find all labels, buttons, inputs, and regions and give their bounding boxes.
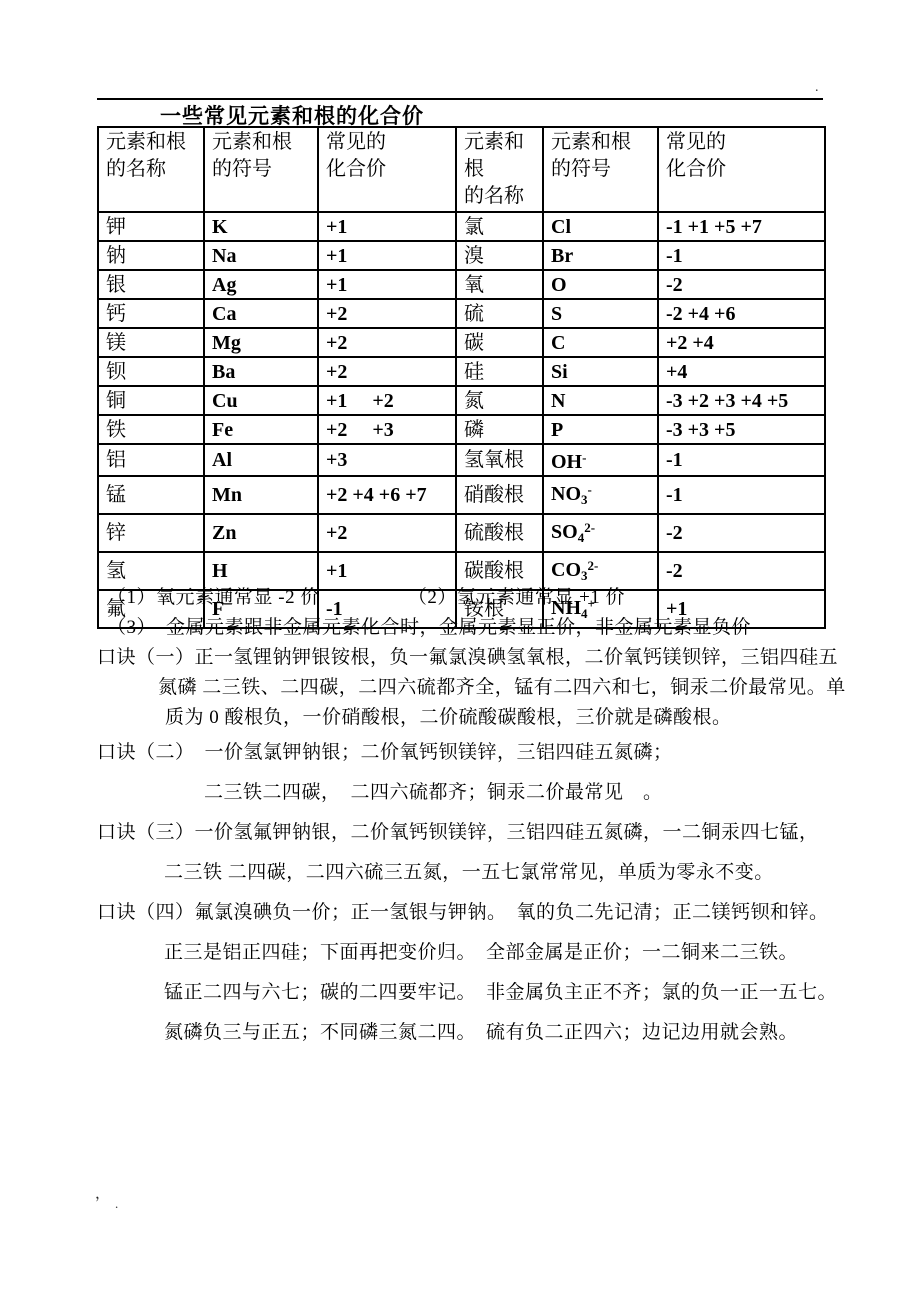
- element-name-cell: 氧: [456, 270, 543, 299]
- element-symbol-cell: K: [204, 212, 318, 241]
- valence-cell: -1: [658, 476, 825, 514]
- note-line: 氮磷负三与正五；不同磷三氮二四。 硫有负二正四六；边记边用就会熟。: [164, 1013, 887, 1053]
- valence-cell: +4: [658, 357, 825, 386]
- col-header-name-right: 元素和根 的名称: [456, 127, 543, 212]
- element-name-cell: 氮: [456, 386, 543, 415]
- element-symbol-cell: Ag: [204, 270, 318, 299]
- element-name-cell: 磷: [456, 415, 543, 444]
- element-name-cell: 铁: [98, 415, 204, 444]
- note-line: 正三是铝正四硅；下面再把变价归。 全部金属是正价；一二铜来二三铁。: [164, 933, 887, 973]
- element-name-cell: 钠: [98, 241, 204, 270]
- table-row: 铜Cu+1 +2氮N-3 +2 +3 +4 +5: [98, 386, 825, 415]
- valence-cell: +2: [318, 357, 456, 386]
- element-name-cell: 碳: [456, 328, 543, 357]
- table-row: 钾K+1氯Cl-1 +1 +5 +7: [98, 212, 825, 241]
- valence-cell: +2: [318, 328, 456, 357]
- table-row: 银Ag+1氧O-2: [98, 270, 825, 299]
- note-line: 质为 0 酸根负，一价硝酸根，二价硫酸碳酸根，三价就是磷酸根。: [165, 703, 887, 733]
- valence-cell: +1: [318, 241, 456, 270]
- element-name-cell: 溴: [456, 241, 543, 270]
- footer-marks: ， .: [95, 1182, 135, 1222]
- element-name-cell: 镁: [98, 328, 204, 357]
- document-page: { "page": { "title": "一些常见元素和根的化合价", "to…: [0, 0, 920, 1300]
- table-row: 钡Ba+2硅Si+4: [98, 357, 825, 386]
- element-symbol-cell: Si: [543, 357, 658, 386]
- valence-cell: +1: [318, 270, 456, 299]
- table-row: 镁Mg+2碳C+2 +4: [98, 328, 825, 357]
- note-line: （1）氧元素通常显 -2 价 （2）氢元素通常显 +1 价: [107, 583, 887, 613]
- note-line: 口诀（三）一价氢氟钾钠银，二价氧钙钡镁锌，三铝四硅五氮磷，一二铜汞四七锰，: [97, 813, 887, 853]
- element-symbol-cell: S: [543, 299, 658, 328]
- element-symbol-cell: Ba: [204, 357, 318, 386]
- note-line: 口诀（四）氟氯溴碘负一价；正一氢银与钾钠。 氧的负二先记清；正二镁钙钡和锌。: [97, 893, 887, 933]
- note-line: 氮磷 二三铁、二四碳，二四六硫都齐全，锰有二四六和七，铜汞二价最常见。单: [158, 673, 887, 703]
- valence-cell: +1 +2: [318, 386, 456, 415]
- element-symbol-cell: Ca: [204, 299, 318, 328]
- element-symbol-cell: Cl: [543, 212, 658, 241]
- corner-dot-mark: .: [815, 80, 819, 96]
- valence-cell: -3 +3 +5: [658, 415, 825, 444]
- notes-block: （1）氧元素通常显 -2 价 （2）氢元素通常显 +1 价（3） 金属元素跟非金…: [97, 583, 887, 1053]
- element-name-cell: 铝: [98, 444, 204, 476]
- note-line: 二三铁二四碳， 二四六硫都齐；铜汞二价最常见 。: [204, 773, 887, 813]
- table-row: 铁Fe+2 +3磷P-3 +3 +5: [98, 415, 825, 444]
- valence-cell: +3: [318, 444, 456, 476]
- element-name-cell: 钡: [98, 357, 204, 386]
- element-name-cell: 硝酸根: [456, 476, 543, 514]
- element-name-cell: 氯: [456, 212, 543, 241]
- element-symbol-cell: NO3-: [543, 476, 658, 514]
- element-name-cell: 铜: [98, 386, 204, 415]
- element-name-cell: 硫酸根: [456, 514, 543, 552]
- element-name-cell: 硅: [456, 357, 543, 386]
- element-symbol-cell: Mn: [204, 476, 318, 514]
- col-header-name-left: 元素和根 的名称: [98, 127, 204, 212]
- element-symbol-cell: Br: [543, 241, 658, 270]
- element-name-cell: 氢氧根: [456, 444, 543, 476]
- valence-table: 元素和根 的名称 元素和根 的符号 常见的 化合价 元素和根 的名称 元素和根 …: [97, 126, 826, 629]
- element-symbol-cell: Al: [204, 444, 318, 476]
- element-name-cell: 银: [98, 270, 204, 299]
- valence-cell: +1: [318, 212, 456, 241]
- col-header-valence-left: 常见的 化合价: [318, 127, 456, 212]
- element-symbol-cell: Na: [204, 241, 318, 270]
- table-row: 钙Ca+2硫S-2 +4 +6: [98, 299, 825, 328]
- table-row: 锌Zn+2硫酸根SO42--2: [98, 514, 825, 552]
- element-name-cell: 锌: [98, 514, 204, 552]
- element-name-cell: 硫: [456, 299, 543, 328]
- valence-cell: +2 +4: [658, 328, 825, 357]
- table-row: 铝Al+3氢氧根OH--1: [98, 444, 825, 476]
- element-symbol-cell: C: [543, 328, 658, 357]
- note-line: 口诀（二） 一价氢氯钾钠银；二价氧钙钡镁锌，三铝四硅五氮磷；: [97, 733, 887, 773]
- element-symbol-cell: SO42-: [543, 514, 658, 552]
- table-header-row: 元素和根 的名称 元素和根 的符号 常见的 化合价 元素和根 的名称 元素和根 …: [98, 127, 825, 212]
- footer-dot-mark: .: [115, 1196, 118, 1212]
- element-symbol-cell: Cu: [204, 386, 318, 415]
- element-name-cell: 钙: [98, 299, 204, 328]
- valence-cell: -2 +4 +6: [658, 299, 825, 328]
- element-symbol-cell: O: [543, 270, 658, 299]
- element-name-cell: 锰: [98, 476, 204, 514]
- element-symbol-cell: Mg: [204, 328, 318, 357]
- valence-cell: -2: [658, 514, 825, 552]
- col-header-symbol-left: 元素和根 的符号: [204, 127, 318, 212]
- valence-cell: -2: [658, 270, 825, 299]
- footer-comma-mark: ，: [95, 1182, 110, 1203]
- valence-cell: +2 +3: [318, 415, 456, 444]
- element-symbol-cell: Fe: [204, 415, 318, 444]
- valence-cell: -3 +2 +3 +4 +5: [658, 386, 825, 415]
- table-row: 钠Na+1溴Br-1: [98, 241, 825, 270]
- element-symbol-cell: N: [543, 386, 658, 415]
- col-header-symbol-right: 元素和根 的符号: [543, 127, 658, 212]
- element-symbol-cell: OH-: [543, 444, 658, 476]
- note-line: 口诀（一）正一氢锂钠钾银铵根，负一氟氯溴碘氢氧根，二价氧钙镁钡锌，三铝四硅五: [97, 643, 887, 673]
- valence-cell: +2 +4 +6 +7: [318, 476, 456, 514]
- valence-cell: +2: [318, 514, 456, 552]
- valence-cell: -1: [658, 444, 825, 476]
- element-symbol-cell: P: [543, 415, 658, 444]
- note-line: （3） 金属元素跟非金属元素化合时，金属元素显正价，非金属元素显负价: [107, 613, 887, 643]
- valence-cell: +2: [318, 299, 456, 328]
- valence-cell: -1 +1 +5 +7: [658, 212, 825, 241]
- element-symbol-cell: Zn: [204, 514, 318, 552]
- col-header-valence-right: 常见的 化合价: [658, 127, 825, 212]
- element-name-cell: 钾: [98, 212, 204, 241]
- valence-cell: -1: [658, 241, 825, 270]
- note-line: 二三铁 二四碳，二四六硫三五氮，一五七氯常常见，单质为零永不变。: [164, 853, 887, 893]
- table-row: 锰Mn+2 +4 +6 +7硝酸根NO3--1: [98, 476, 825, 514]
- note-line: 锰正二四与六七；碳的二四要牢记。 非金属负主正不齐；氯的负一正一五七。: [164, 973, 887, 1013]
